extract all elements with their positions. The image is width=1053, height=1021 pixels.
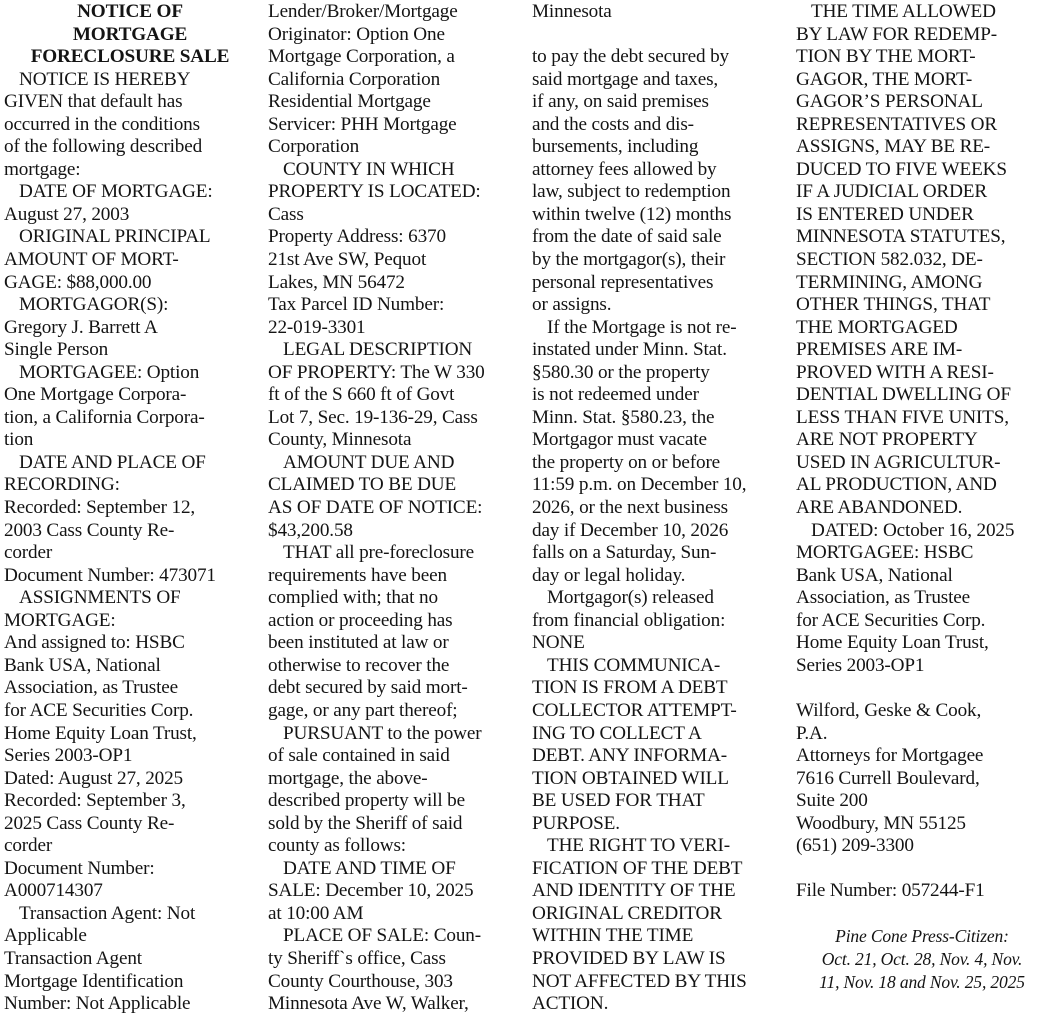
notice-text-line: within twelve (12) months [532,204,784,227]
notice-text-line: Transaction Agent [4,948,256,971]
notice-text-line: Property Address: 6370 [268,226,520,249]
blank-line [796,677,1048,700]
notice-text-line: RECORDING: [4,474,256,497]
notice-text-line: August 27, 2003 [4,204,256,227]
notice-text-line: Single Person [4,339,256,362]
notice-text-line: County, Minnesota [268,429,520,452]
notice-text-line: Home Equity Loan Trust, [4,723,256,746]
notice-text-line: mortgage, the above- [268,768,520,791]
notice-title-line: NOTICE OF [4,1,256,24]
notice-text-line: Woodbury, MN 55125 [796,813,1048,836]
notice-text-line: PROPERTY IS LOCATED: [268,181,520,204]
notice-text-line: BY LAW FOR REDEMP- [796,24,1048,47]
publication-line: Pine Cone Press-Citizen: [796,925,1048,948]
notice-text-line: Applicable [4,925,256,948]
notice-text-line: Attorneys for Mortgagee [796,745,1048,768]
notice-text-line: 2026, or the next business [532,497,784,520]
notice-text-line: TION BY THE MORT- [796,46,1048,69]
notice-text-line: of sale contained in said [268,745,520,768]
notice-text-line: DEBT. ANY INFORMA- [532,745,784,768]
notice-text-line: LESS THAN FIVE UNITS, [796,407,1048,430]
notice-text-line: THAT all pre-foreclosure [268,542,520,565]
notice-text-line: Series 2003-OP1 [796,655,1048,678]
notice-text-line: Mortgagor(s) released [532,587,784,610]
notice-text-line: and the costs and dis- [532,114,784,137]
notice-text-line: Document Number: 473071 [4,565,256,588]
notice-text-line: ORIGINAL CREDITOR [532,903,784,926]
notice-text-line: File Number: 057244-F1 [796,880,1048,903]
notice-text-line: SECTION 582.032, DE- [796,249,1048,272]
notice-text-line: 7616 Currell Boulevard, [796,768,1048,791]
notice-text-line: PREMISES ARE IM- [796,339,1048,362]
notice-text-line: 21st Ave SW, Pequot [268,249,520,272]
notice-text-line: ORIGINAL PRINCIPAL [4,226,256,249]
notice-text-line: ASSIGNMENTS OF [4,587,256,610]
publication-info: Pine Cone Press-Citizen:Oct. 21, Oct. 28… [796,925,1048,993]
notice-text-line: Dated: August 27, 2025 [4,768,256,791]
notice-text-line: AND IDENTITY OF THE [532,880,784,903]
notice-text-line: for ACE Securities Corp. [4,700,256,723]
notice-text-line: PROVED WITH A RESI- [796,362,1048,385]
notice-text-line: Corporation [268,136,520,159]
notice-text-line: of the following described [4,136,256,159]
notice-text-line: THE MORTGAGED [796,317,1048,340]
notice-text-line: Lender/Broker/Mortgage [268,1,520,24]
notice-text-line: USED IN AGRICULTUR- [796,452,1048,475]
notice-text-line: Minnesota Ave W, Walker, [268,993,520,1016]
notice-text-line: occurred in the conditions [4,114,256,137]
notice-text-line: FICATION OF THE DEBT [532,858,784,881]
notice-text-line: 22-019-3301 [268,317,520,340]
notice-text-line: corder [4,835,256,858]
notice-text-line: WITHIN THE TIME [532,925,784,948]
notice-text-line: mortgage: [4,159,256,182]
notice-text-line: NOTICE IS HEREBY [4,69,256,92]
notice-text-line: DATED: October 16, 2025 [796,520,1048,543]
notice-text-line: Wilford, Geske & Cook, [796,700,1048,723]
notice-text-line: Home Equity Loan Trust, [796,632,1048,655]
notice-text-line: And assigned to: HSBC [4,632,256,655]
notice-text-line: bursements, including [532,136,784,159]
notice-text-line: County Courthouse, 303 [268,971,520,994]
notice-text-line: BE USED FOR THAT [532,790,784,813]
notice-text-line: TERMINING, AMONG [796,272,1048,295]
notice-text-line: DATE AND PLACE OF [4,452,256,475]
notice-text-line: Bank USA, National [4,655,256,678]
notice-text-line: MORTGAGEE: Option [4,362,256,385]
notice-text-line: Document Number: [4,858,256,881]
blank-line [532,24,784,47]
notice-text-line: THIS COMMUNICA- [532,655,784,678]
notice-text-line: said mortgage and taxes, [532,69,784,92]
notice-text-line: California Corporation [268,69,520,92]
notice-text-line: if any, on said premises [532,91,784,114]
blank-line [796,903,1048,926]
notice-text-line: ty Sheriff`s office, Cass [268,948,520,971]
notice-text-line: is not redeemed under [532,384,784,407]
notice-text-line: Association, as Trustee [796,587,1048,610]
notice-text-line: Lot 7, Sec. 19-136-29, Cass [268,407,520,430]
notice-text-line: AS OF DATE OF NOTICE: [268,497,520,520]
notice-text-line: Cass [268,204,520,227]
notice-text-line: gage, or any part thereof; [268,700,520,723]
notice-column-3: Minnesotato pay the debt secured bysaid … [532,1,784,1016]
notice-text-line: at 10:00 AM [268,903,520,926]
notice-text-line: (651) 209-3300 [796,835,1048,858]
notice-text-line: day if December 10, 2026 [532,520,784,543]
notice-column-2: Lender/Broker/MortgageOriginator: Option… [268,1,520,1016]
notice-text-line: DATE AND TIME OF [268,858,520,881]
publication-line: Oct. 21, Oct. 28, Nov. 4, Nov. [796,948,1048,971]
notice-text-line: PROVIDED BY LAW IS [532,948,784,971]
notice-text-line: 2003 Cass County Re- [4,520,256,543]
notice-text-line: P.A. [796,723,1048,746]
notice-text-line: If the Mortgage is not re- [532,317,784,340]
notice-text-line: Recorded: September 12, [4,497,256,520]
notice-text-line: TION OBTAINED WILL [532,768,784,791]
notice-text-line: corder [4,542,256,565]
notice-text-line: Lakes, MN 56472 [268,272,520,295]
notice-title-line: MORTGAGE [4,24,256,47]
notice-text-line: or assigns. [532,294,784,317]
notice-text-line: One Mortgage Corpora- [4,384,256,407]
notice-title-line: FORECLOSURE SALE [4,46,256,69]
notice-text-line: Mortgagor must vacate [532,429,784,452]
notice-text-line: GAGE: $88,000.00 [4,272,256,295]
notice-text-line: PLACE OF SALE: Coun- [268,925,520,948]
notice-text-line: from financial obligation: [532,610,784,633]
notice-column-1: NOTICE OF MORTGAGE FORECLOSURE SALE NOTI… [4,1,256,1016]
notice-text-line: AMOUNT OF MORT- [4,249,256,272]
notice-text-line: Mortgage Corporation, a [268,46,520,69]
notice-text-line: REPRESENTATIVES OR [796,114,1048,137]
notice-text-line: MINNESOTA STATUTES, [796,226,1048,249]
notice-text-line: Servicer: PHH Mortgage [268,114,520,137]
notice-text-line: OTHER THINGS, THAT [796,294,1048,317]
notice-text-line: the property on or before [532,452,784,475]
notice-text-line: A000714307 [4,880,256,903]
notice-text-line: county as follows: [268,835,520,858]
notice-text-line: AL PRODUCTION, AND [796,474,1048,497]
legal-notice-page: NOTICE OF MORTGAGE FORECLOSURE SALE NOTI… [0,0,1053,1021]
notice-text-line: 11:59 p.m. on December 10, [532,474,784,497]
notice-text-line: to pay the debt secured by [532,46,784,69]
notice-text-line: Transaction Agent: Not [4,903,256,926]
notice-text-line: NONE [532,632,784,655]
notice-text-line: MORTGAGOR(S): [4,294,256,317]
notice-text-line: been instituted at law or [268,632,520,655]
notice-text-line: IF A JUDICIAL ORDER [796,181,1048,204]
notice-text-line: Minnesota [532,1,784,24]
notice-text-line: Series 2003-OP1 [4,745,256,768]
notice-text-line: Tax Parcel ID Number: [268,294,520,317]
notice-text-line: DATE OF MORTGAGE: [4,181,256,204]
notice-text-line: 2025 Cass County Re- [4,813,256,836]
notice-text-line: GIVEN that default has [4,91,256,114]
notice-text-line: MORTGAGE: [4,610,256,633]
notice-text-line: from the date of said sale [532,226,784,249]
notice-text-line: complied with; that no [268,587,520,610]
notice-text-line: Gregory J. Barrett A [4,317,256,340]
notice-text-line: AMOUNT DUE AND [268,452,520,475]
notice-text-line: Mortgage Identification [4,971,256,994]
notice-text-line: for ACE Securities Corp. [796,610,1048,633]
notice-text-line: Association, as Trustee [4,677,256,700]
notice-text-line: law, subject to redemption [532,181,784,204]
notice-text-line: NOT AFFECTED BY THIS [532,971,784,994]
notice-text-line: Bank USA, National [796,565,1048,588]
notice-text-line: ARE NOT PROPERTY [796,429,1048,452]
publication-line: 11, Nov. 18 and Nov. 25, 2025 [796,971,1048,994]
notice-text-line: debt secured by said mort- [268,677,520,700]
notice-text-line: by the mortgagor(s), their [532,249,784,272]
notice-text-line: Originator: Option One [268,24,520,47]
blank-line [796,858,1048,881]
notice-text-line: GAGOR, THE MORT- [796,69,1048,92]
notice-text-line: DUCED TO FIVE WEEKS [796,159,1048,182]
notice-text-line: GAGOR’S PERSONAL [796,91,1048,114]
notice-text-line: TION IS FROM A DEBT [532,677,784,700]
notice-text-line: SALE: December 10, 2025 [268,880,520,903]
notice-text-line: THE RIGHT TO VERI- [532,835,784,858]
notice-text-line: requirements have been [268,565,520,588]
notice-text-line: IS ENTERED UNDER [796,204,1048,227]
notice-text-line: LEGAL DESCRIPTION [268,339,520,362]
notice-text-line: otherwise to recover the [268,655,520,678]
notice-text-line: tion, a California Corpora- [4,407,256,430]
notice-text-line: falls on a Saturday, Sun- [532,542,784,565]
notice-text-line: ft of the S 660 ft of Govt [268,384,520,407]
notice-text-line: Residential Mortgage [268,91,520,114]
notice-text-line: personal representatives [532,272,784,295]
notice-text-line: ARE ABANDONED. [796,497,1048,520]
notice-text-line: PURPOSE. [532,813,784,836]
notice-text-line: Suite 200 [796,790,1048,813]
notice-text-line: ING TO COLLECT A [532,723,784,746]
notice-text-line: Minn. Stat. §580.23, the [532,407,784,430]
notice-text-line: THE TIME ALLOWED [796,1,1048,24]
notice-text-line: ASSIGNS, MAY BE RE- [796,136,1048,159]
notice-text-line: $43,200.58 [268,520,520,543]
notice-text-line: tion [4,429,256,452]
notice-text-line: action or proceeding has [268,610,520,633]
notice-text-line: PURSUANT to the power [268,723,520,746]
notice-column-4: THE TIME ALLOWEDBY LAW FOR REDEMP-TION B… [796,1,1048,993]
notice-text-line: ACTION. [532,993,784,1016]
notice-text-line: Recorded: September 3, [4,790,256,813]
notice-text-line: sold by the Sheriff of said [268,813,520,836]
notice-text-line: Number: Not Applicable [4,993,256,1016]
notice-text-line: COUNTY IN WHICH [268,159,520,182]
notice-text-line: attorney fees allowed by [532,159,784,182]
notice-text-line: CLAIMED TO BE DUE [268,474,520,497]
notice-text-line: §580.30 or the property [532,362,784,385]
notice-text-line: OF PROPERTY: The W 330 [268,362,520,385]
notice-text-line: COLLECTOR ATTEMPT- [532,700,784,723]
notice-text-line: instated under Minn. Stat. [532,339,784,362]
notice-text-line: described property will be [268,790,520,813]
notice-text-line: day or legal holiday. [532,565,784,588]
notice-text-line: DENTIAL DWELLING OF [796,384,1048,407]
notice-text-line: MORTGAGEE: HSBC [796,542,1048,565]
